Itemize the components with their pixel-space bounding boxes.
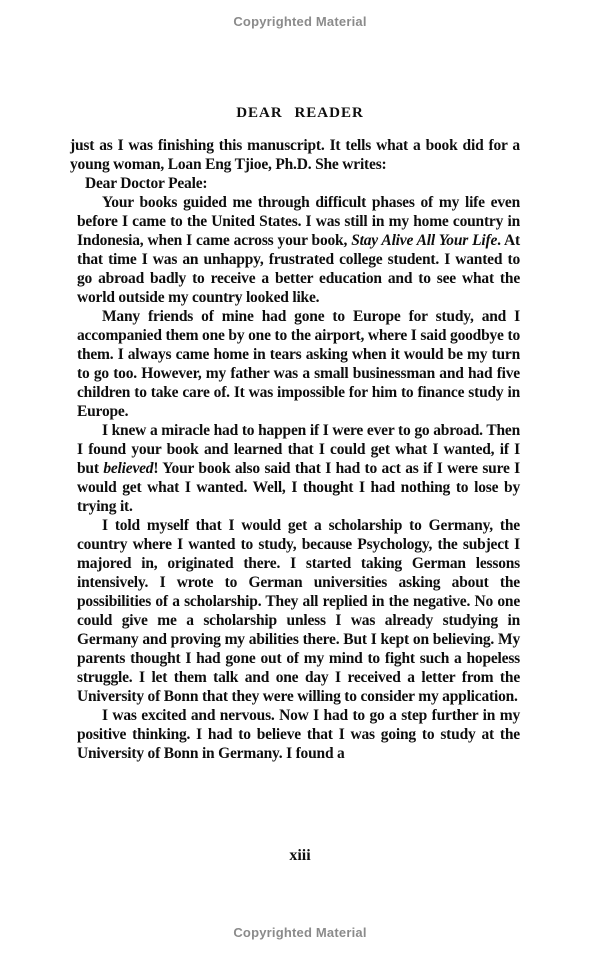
letter-paragraph: I told myself that I would get a scholar… [77, 516, 520, 706]
salutation: Dear Doctor Peale: [70, 174, 520, 193]
body-text: just as I was finishing this manuscript.… [70, 136, 520, 763]
letter-block: Your books guided me through difficult p… [77, 193, 520, 763]
letter-paragraph: Your books guided me through difficult p… [77, 193, 520, 307]
letter-paragraph: I knew a miracle had to happen if I were… [77, 421, 520, 516]
letter-paragraph: I was excited and nervous. Now I had to … [77, 706, 520, 763]
bottom-watermark: Copyrighted Material [0, 925, 600, 940]
letter-paragraph: Many friends of mine had gone to Europe … [77, 307, 520, 421]
intro-paragraph: just as I was finishing this manuscript.… [70, 136, 520, 174]
running-head: DEAR READER [0, 105, 600, 122]
book-page: Copyrighted Material DEAR READER just as… [0, 0, 600, 960]
top-watermark: Copyrighted Material [0, 14, 600, 29]
page-number: xiii [0, 847, 600, 865]
